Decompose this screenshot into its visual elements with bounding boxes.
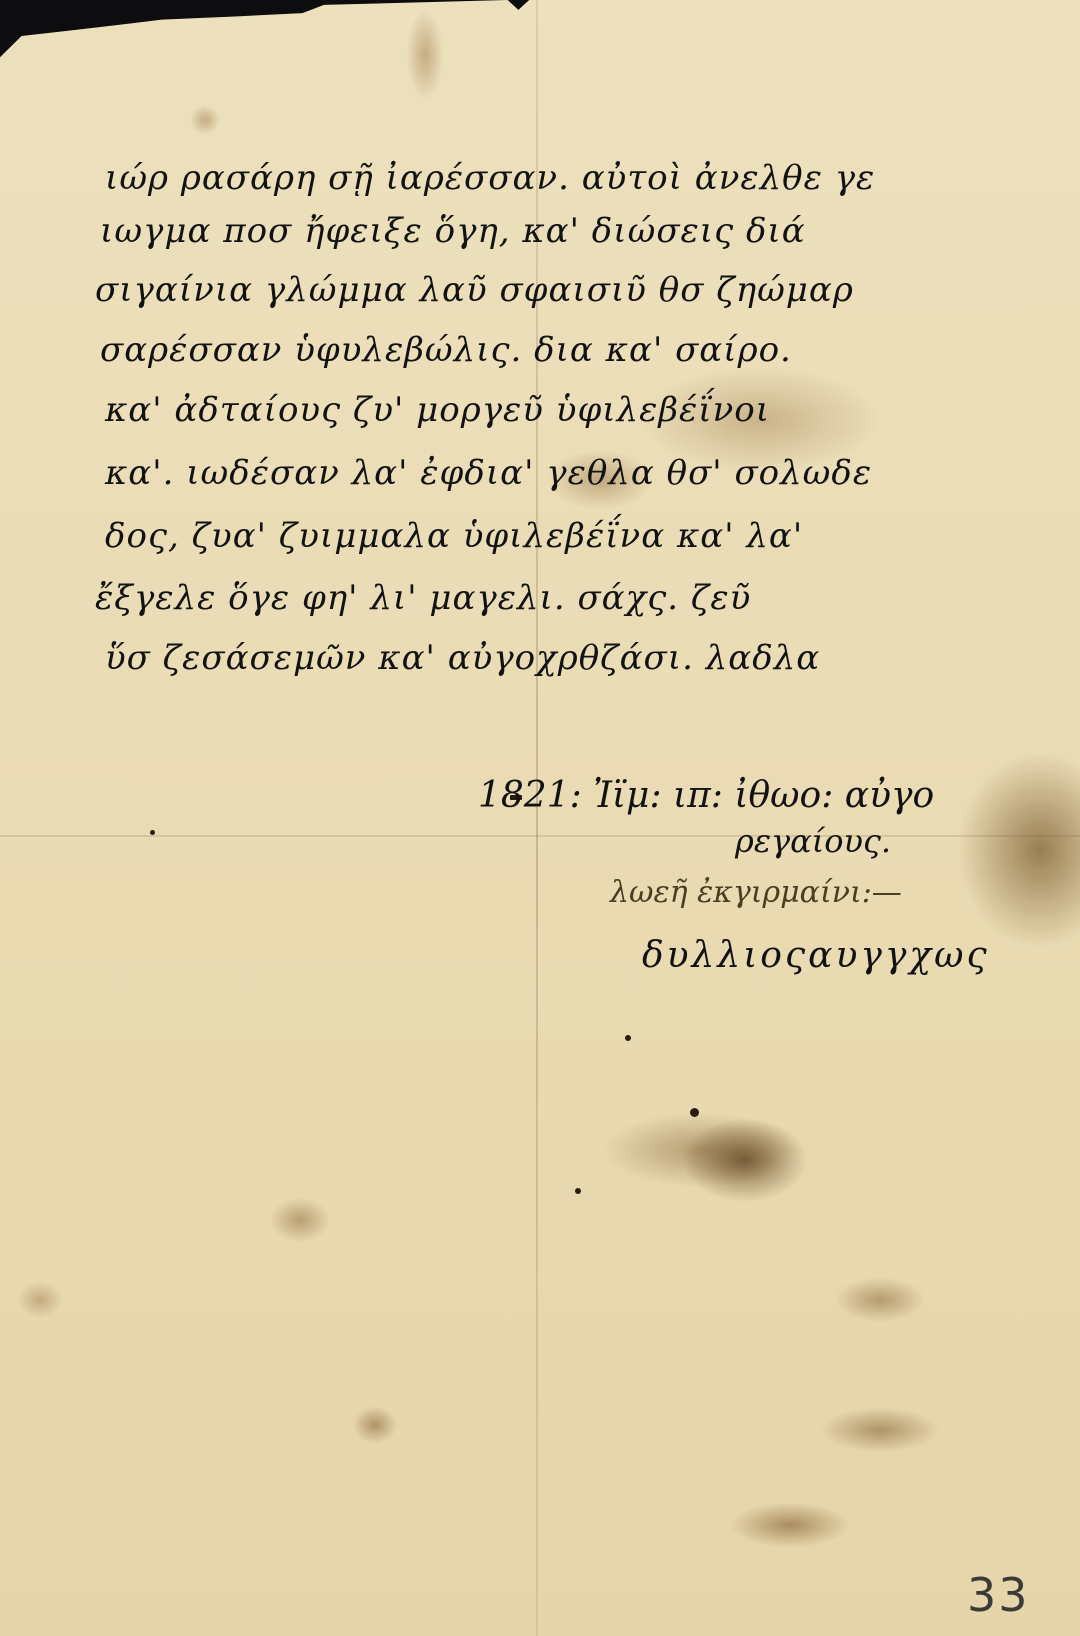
letter-signature: δυλλιοςαυγγχως xyxy=(642,935,990,976)
horizontal-fold-line xyxy=(0,835,1080,837)
letter-line-6: κα'. ιωδέσαν λα' ἐφδια' γεθλα θσ' σολωδε xyxy=(105,445,872,501)
ink-spot xyxy=(150,830,155,835)
letter-line-1: ιώρ ρασάρη σῇ ἰαρέσσαν. αὐτοὶ ἀνελθε γε xyxy=(105,150,875,206)
letter-date: 1821: Ἰϊμ: ιπ: ἰθωο: αὐγο xyxy=(478,775,934,816)
letter-line-8: ἔξγελε ὅγε φη' λι' μαγελι. σάχς. ζεῦ xyxy=(95,570,751,626)
letter-line-2: ιωγμα ποσ ἤφειξε ὅγη, κα' διώσεις διά xyxy=(100,203,806,259)
letter-line-4: σαρέσσαν ὑφυλεβώλις. δια κα' σαίρο. xyxy=(100,322,792,378)
letter-line-5: κα' ἀδταίους ζυ' μοργεῦ ὑφιλεβέΐνοι xyxy=(105,382,770,438)
letter-line-3: σιγαίνια γλώμμα λαῦ σφαισιῦ θσ ζηώμαρ xyxy=(95,262,854,318)
letter-annotation: λωεῆ ἐκγιρμαίνι:— xyxy=(610,875,902,910)
ink-spot xyxy=(690,1108,699,1117)
ink-spot xyxy=(625,1035,631,1041)
page-number: 33 xyxy=(967,1568,1030,1622)
letter-place: ρεγαίους. xyxy=(735,822,891,860)
letter-line-7: δος, ζυα' ζυιμμαλα ὑφιλεβέΐνα κα' λα' xyxy=(105,508,803,564)
letter-line-9: ὕσ ζεσάσεμῶν κα' αὐγοχρθζάσι. λαδλα xyxy=(105,630,820,686)
ink-spot xyxy=(575,1188,581,1194)
